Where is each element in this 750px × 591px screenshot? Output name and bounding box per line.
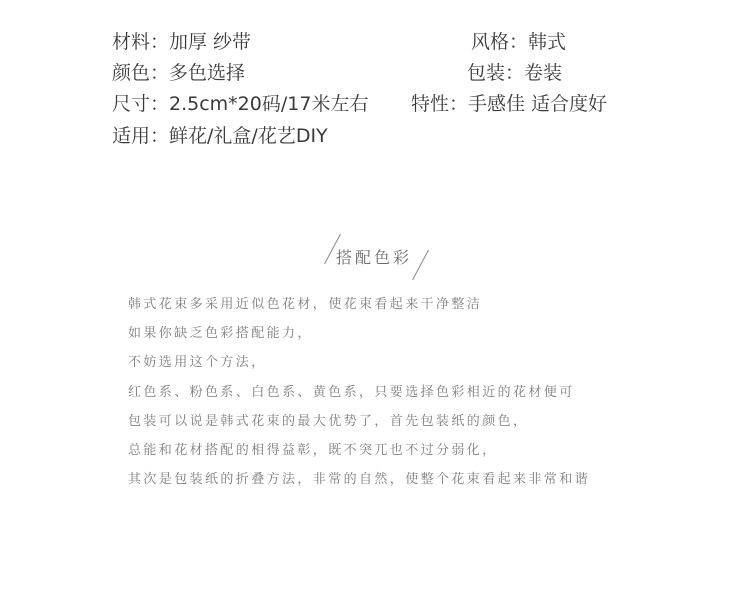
body-line: 其次是包装纸的折叠方法，非常的自然，使整个花束看起来非常和谐 — [128, 465, 590, 494]
spec-value: 加厚 纱带 — [169, 31, 251, 53]
body-line: 总能和花材搭配的相得益彰，既不突兀也不过分弱化， — [128, 436, 590, 465]
spec-value: 韩式 — [528, 31, 566, 53]
spec-material: 材料：加厚 纱带 — [112, 30, 251, 54]
slash-right-decoration — [412, 250, 429, 280]
spec-size: 尺寸：2.5cm*20码/17米左右 — [112, 92, 368, 116]
body-line: 包装可以说是韩式花束的最大优势了，首先包装纸的颜色， — [128, 407, 590, 436]
spec-usage: 适用：鲜花/礼盒/花艺DIY — [112, 124, 328, 148]
section-title: 搭配色彩 — [322, 232, 434, 280]
body-line: 红色系、粉色系、白色系、黄色系，只要选择色彩相近的花材便可 — [128, 378, 590, 407]
spec-value: 多色选择 — [169, 62, 245, 84]
spec-feature: 特性：手感佳 适合度好 — [411, 92, 607, 116]
section-title-label: 搭配色彩 — [336, 245, 412, 268]
spec-color: 颜色：多色选择 — [112, 61, 245, 85]
section-body: 韩式花束多采用近似色花材，使花束看起来干净整洁 如果你缺乏色彩搭配能力， 不妨选… — [128, 290, 590, 494]
body-line: 韩式花束多采用近似色花材，使花束看起来干净整洁 — [128, 290, 590, 319]
body-line: 不妨选用这个方法， — [128, 348, 590, 377]
spec-label: 尺寸： — [112, 93, 169, 115]
spec-style: 风格：韩式 — [471, 30, 566, 54]
spec-label: 材料： — [112, 31, 169, 53]
spec-label: 包装： — [467, 62, 524, 84]
spec-value: 手感佳 适合度好 — [468, 93, 607, 115]
spec-value: 鲜花/礼盒/花艺DIY — [169, 125, 328, 147]
spec-packaging: 包装：卷装 — [467, 61, 562, 85]
body-line: 如果你缺乏色彩搭配能力， — [128, 319, 590, 348]
spec-value: 卷装 — [524, 62, 562, 84]
spec-label: 颜色： — [112, 62, 169, 84]
spec-label: 适用： — [112, 125, 169, 147]
spec-value: 2.5cm*20码/17米左右 — [169, 93, 368, 115]
spec-label: 特性： — [411, 93, 468, 115]
spec-label: 风格： — [471, 31, 528, 53]
